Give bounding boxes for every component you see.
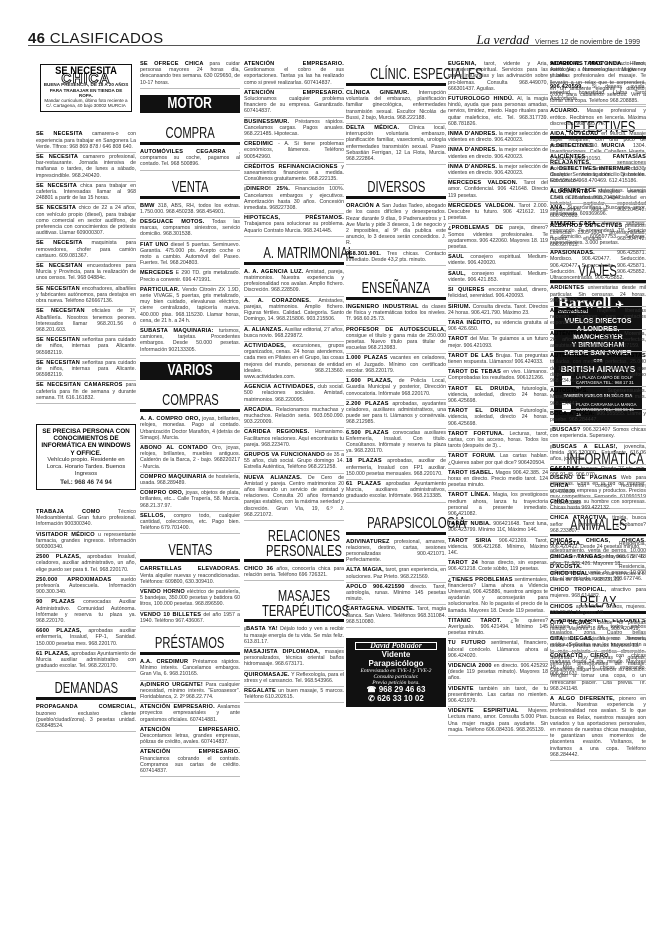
ad-headline: SE NECESITAN bbox=[36, 308, 85, 314]
ad-list-demandas: PROPAGANDA COMERCIAL, buzoneo exclusivo … bbox=[36, 703, 136, 732]
ad-body: buzoneo exclusivo cliente (pueblo/ciudad… bbox=[36, 711, 136, 729]
ad-headline: VENDO HORNO bbox=[140, 589, 185, 595]
ad-headline: CHICOS bbox=[550, 604, 573, 610]
classified-ad: ¿TIENES PROBLEMAS sentimentales, financi… bbox=[448, 576, 548, 617]
classified-ad: CHICA para su hombre con sorpresas. Chic… bbox=[550, 498, 646, 514]
ad-body: consigue el título y gana más de 250.000… bbox=[346, 333, 446, 351]
section-heading-clinicas: CLÍNIC. ESPECIALES bbox=[346, 60, 446, 86]
ad-headline: INMA D'ANDRES. bbox=[448, 164, 497, 170]
ad-headline: TAROT DE LAS bbox=[448, 353, 493, 359]
ad-headline: INMA D'ANDRES. bbox=[448, 147, 497, 153]
section-heading-text: DEMANDAS bbox=[54, 680, 117, 697]
boxed-ad-line: Mandar curriculum, último foto reciente … bbox=[43, 98, 129, 108]
ad-body: Supercariñosa. Buscamos amor, apasionado… bbox=[550, 205, 646, 217]
ad-headline: AUTÉNTICAS MASAJISTAS bbox=[550, 353, 646, 359]
ad-headline: BMW bbox=[140, 203, 155, 209]
ad-headline: TU FUTURO bbox=[448, 640, 486, 646]
ad-headline: ACUARIO. bbox=[550, 108, 579, 114]
ad-headline: ¡BUSCAS? bbox=[550, 427, 581, 433]
masthead: 46 CLASIFICADOS La verdad Viernes 12 de … bbox=[28, 30, 640, 46]
ad-headline: 6.500 PLAZAS bbox=[346, 430, 389, 436]
classified-ad: ACTIVIDADES, excursiones, grupos organiz… bbox=[244, 342, 344, 383]
boxed-ad-phone: Tel.: 968 46 74 94 bbox=[39, 480, 133, 486]
classified-ad: QUIROMASAJE. Y Reflexología, para el str… bbox=[244, 671, 344, 687]
classified-ad: VIDENTE también sin tarot, de tu present… bbox=[448, 685, 548, 708]
ad-headline: CRÉDITOS REFINANCIACIONES bbox=[244, 164, 338, 170]
ad-headline: INMA D'ANDRES. bbox=[448, 131, 497, 137]
classified-ad: SE NECESITA maquinista para removedores,… bbox=[36, 239, 136, 262]
ad-list-prestamos: A.A. CREDIMUR Préstamos rápidos. Mínimo … bbox=[140, 658, 240, 777]
ad-body: tituladas, con medidas perfectas, 25.000… bbox=[550, 359, 646, 384]
classified-ad: SE NECESITAN señoritas para cuidado de n… bbox=[36, 359, 136, 382]
classified-ad: ABONO AL CONTADO Oro, joyas, relojes, br… bbox=[140, 444, 240, 473]
classified-ad: ACARICIAS MAS'ONDA. Hemos vuelto. Ven a … bbox=[550, 60, 646, 107]
classified-ad: A. ALIANZAS. Auxiliar editorial, 27 años… bbox=[244, 326, 344, 342]
classified-ad: 968.301.901. Tres chicas. Contacto inmed… bbox=[346, 250, 446, 266]
ad-headline: CONTACTO CIFRO bbox=[550, 653, 609, 659]
ad-headline: 2.200 PLAZAS bbox=[346, 401, 389, 407]
classified-ad: ARDIENTES universitarias desde mil parti… bbox=[550, 284, 646, 307]
classified-ad: TAROT ISABEL. Magos 906.42.385. 24 horas… bbox=[448, 469, 548, 492]
ad-headline: ABONO AL CONTADO bbox=[140, 445, 208, 451]
classified-ad: 2500 PLAZAS, aprobadas Insalud, celadore… bbox=[36, 553, 136, 576]
ad-headline: SELLOS, bbox=[140, 513, 165, 519]
ad-headline: TITANIC TAROT. bbox=[448, 618, 501, 624]
ad-body: De Cero de Amistad y pareja. Centro matr… bbox=[244, 475, 344, 518]
ad-headline: CHICO TROPICAL, bbox=[550, 587, 606, 593]
classified-ad: CHICO IDEAL ofrece sus servicios a ti. L… bbox=[550, 570, 646, 586]
classified-ad: FUTUROLOGO HINDÚ. Al, la magia hindú, ay… bbox=[448, 95, 548, 130]
classified-ad: APOLO 906.421590 directo. Tarot, astrolo… bbox=[346, 583, 446, 606]
classified-ad: CITA CIEGAS, Mujeres. Jóvenes, desde 49 … bbox=[550, 635, 646, 651]
boxed-ad-title: SE NECESITA bbox=[49, 68, 122, 74]
classified-ad: SAUL, consejero espiritual. Medium-viden… bbox=[448, 270, 548, 286]
ad-list-matrimonial: A. A. AGENCIA LUZ. Amistad, pareja, matr… bbox=[244, 268, 344, 521]
classified-ad: TAROT 24 horas directo, sin esperas. 906… bbox=[448, 559, 548, 575]
ad-headline: GRUPOS VA FUNCIONANDO bbox=[244, 452, 325, 458]
classified-ad: TAROT SIRIA 906.421269. Tarot, videncia.… bbox=[448, 537, 548, 560]
ad-headline: MASAJISTA DIPLOMADA, bbox=[244, 649, 320, 655]
ad-headline: ATENCIÓN EMPRESARIO. bbox=[140, 704, 215, 710]
page-title: 46 CLASIFICADOS bbox=[28, 30, 163, 47]
section-banner-motor: MOTOR bbox=[140, 95, 240, 113]
classified-ad: ALTA MAGIA, tarot, gran experiencia, en … bbox=[346, 566, 446, 582]
ad-headline: 61 PLAZAS, bbox=[36, 651, 70, 657]
classified-ad: EUGENIA, tarot, vidente y Aria, curander… bbox=[448, 60, 548, 95]
section-heading-ensenanza: ENSEÑANZA bbox=[346, 266, 446, 300]
ad-body: excursiones, grupos organizados, cenas. … bbox=[244, 343, 344, 380]
boxed-ad-line: BUENA PRESENCIA, DE 18 A 20 AÑOS PARA TR… bbox=[43, 82, 129, 98]
ad-headline: ANA. bbox=[550, 205, 564, 211]
ad-headline: ¿PROBLEMAS DE bbox=[448, 225, 503, 231]
ad-list-relax-2: ACARICIAS MAS'ONDA. Hemos vuelto. Ven a … bbox=[550, 60, 646, 681]
ad-headline: APOLO 906.421590 bbox=[346, 584, 405, 590]
ad-headline: CREDIMIC bbox=[244, 141, 273, 147]
classified-ad: MERCEDES VALDEON. Tarot 2.000. Descubre … bbox=[448, 202, 548, 225]
column-1: SE NECESITA CHICA BUENA PRESENCIA, DE 18… bbox=[36, 60, 136, 732]
ad-headline: TAROT EL DRUIDA, bbox=[448, 386, 515, 392]
classified-ad: CARIDEA REGIONES. Humanismo. Facilitamos… bbox=[244, 428, 344, 451]
classified-ad: ¡BUSCAS? 906.321407 Somos chicas con exp… bbox=[550, 426, 646, 442]
classified-ad: CHICO 36 años, conocería chica para rela… bbox=[244, 565, 344, 581]
classified-ad: SI QUIERES encontrar salud, dinero, feli… bbox=[448, 286, 548, 302]
ad-headline: SE NECESITAN bbox=[36, 263, 82, 269]
ad-headline: TAROT DE TEBAS bbox=[448, 369, 501, 375]
ad-headline: CHICO 36 bbox=[244, 566, 273, 572]
classified-ad: VENDO HORNO eléctrico de pastelería, 5 b… bbox=[140, 588, 240, 611]
ad-headline: ¡BUSCAS A ELLAS!, bbox=[550, 444, 618, 450]
classified-ad: ATENCIÓN EMPRESARIO. Financiamos cobrand… bbox=[140, 748, 240, 777]
classified-ad: ATENCIÓN EMPRESARIO. Descontamos letras,… bbox=[140, 726, 240, 749]
classified-ad: SE NECESITAN encuestadores para Murcia y… bbox=[36, 262, 136, 285]
ad-headline: 250.000 APROXIMADAS bbox=[36, 577, 111, 583]
section-heading-ventas: VENTAS bbox=[140, 534, 240, 562]
classified-ad: MERCEDES VALDEON. Tarot del amor. Confid… bbox=[448, 179, 548, 202]
ad-headline: TARA INÉDITO, bbox=[448, 320, 492, 326]
ad-headline: ARCADIA. bbox=[244, 407, 273, 413]
ad-headline: COMPRO MAQUINARIA bbox=[140, 474, 207, 480]
section-heading-text: PRÉSTAMOS bbox=[155, 635, 224, 652]
classified-ad: 6.500 PLAZAS convocadas auxiliares Enfer… bbox=[346, 429, 446, 458]
ad-headline: VIDENCIA 2000 bbox=[448, 663, 492, 669]
ad-headline: ALUCINANTE! bbox=[550, 189, 590, 195]
classified-ad: TAROT LÍNEA. Magia, los prestigiosos med… bbox=[448, 491, 548, 520]
classified-ad: 250.000 APROXIMADAS sueldo profesor/a Au… bbox=[36, 576, 136, 599]
classified-ad: MASAJISTA DIPLOMADA, masajes personaliza… bbox=[244, 648, 344, 671]
ad-headline: AUTOSTOPS. bbox=[550, 388, 588, 394]
ad-headline: CHICO IDEAL bbox=[550, 571, 589, 577]
ad-headline: CHICA ATRACTIVA, bbox=[550, 515, 608, 521]
ad-body: Venta alquiler nuevas y reacondicionadas… bbox=[140, 573, 240, 585]
ad-headline: 61 PLAZAS bbox=[346, 481, 381, 487]
newspaper-name: La verdad bbox=[476, 32, 529, 47]
classified-ad: CARRETILLAS ELEVADORAS. Venta alquiler n… bbox=[140, 565, 240, 588]
boxed-ad-persona-informatica: SE PRECISA PERSONA CON CONOCIMIENTOS DE … bbox=[36, 424, 136, 490]
classified-ad: CLÍNICA GINEMUR. Interrupción voluntaria… bbox=[346, 89, 446, 124]
classified-ad: ATENCIÓN EMPRESARIO. Gestionamos el cobr… bbox=[244, 60, 344, 89]
ad-list-compra: AUTOMÓVILES CEGARRA , compramos su coche… bbox=[140, 148, 240, 171]
classified-ad: 90 PLAZAS convocadas Auxiliar Administra… bbox=[36, 598, 136, 627]
ad-headline: SE OFRECE CHICA bbox=[140, 61, 204, 67]
ad-headline: FUTUROLOGO HINDÚ. bbox=[448, 96, 514, 102]
ad-headline: BUSINESSMUR. bbox=[244, 119, 289, 125]
ad-headline: REGALATE bbox=[244, 688, 276, 694]
column-3: ATENCIÓN EMPRESARIO. Gestionamos el cobr… bbox=[244, 60, 344, 703]
ad-headline: SIRIUM. bbox=[448, 304, 471, 310]
classified-ad: CARTAGENA. VIDENTE. Tarot, magia blanca.… bbox=[346, 605, 446, 628]
ad-headline: AUTOMÓVILES CEGARRA bbox=[140, 149, 226, 155]
ad-headline: VIDENTE ESPIRITUAL bbox=[448, 708, 519, 714]
classified-ad: HIPOTECAS, PRÉSTAMOS. Trabajamos para so… bbox=[244, 214, 344, 237]
ad-headline: A.A. CREDIMUR bbox=[140, 659, 188, 665]
ad-headline: A ALGO DIFERENTE, bbox=[550, 696, 615, 702]
ad-headline: ADIVINATUREZ bbox=[346, 539, 390, 545]
ad-body: Financiamos cobrando el contrato. Compra… bbox=[140, 756, 240, 774]
classified-ad: SE NECESITA camarero profesional, bar-re… bbox=[36, 153, 136, 182]
classified-ad: 61 PLAZAS, aprobadas Ayuntamiento de Mur… bbox=[36, 650, 136, 673]
classified-ad: TRABAJA COMO Técnico Medioambiental. Gra… bbox=[36, 508, 136, 531]
classified-ad: COMPRO MAQUINARIA de hostelería, usada. … bbox=[140, 473, 240, 489]
classified-ad: VENDO 10 BILLETES del año 1957 a 1940. T… bbox=[140, 611, 240, 627]
ad-list-parapsicologia: ADIVINATUREZ profesional, amarres, relac… bbox=[346, 538, 446, 628]
classified-ad: TAROT EL DRUIDA, futurología, videncia, … bbox=[448, 385, 548, 408]
classified-ad: SE NECESITAN oficiales de 1ª, Albañilerí… bbox=[36, 307, 136, 336]
section-heading-prestamos: PRÉSTAMOS bbox=[140, 627, 240, 655]
ad-headline: 90 PLAZAS bbox=[36, 599, 75, 605]
ad-headline: A. ALIANZAS. bbox=[244, 327, 283, 333]
ad-body: Hemos vuelto. Ven a conocer a nuestras j… bbox=[550, 61, 646, 104]
classified-ad: MERCEDES E 290 TD. gris metalizado. Prec… bbox=[140, 269, 240, 285]
classified-ad: INMA D'ANDRES. la mejor selección de vid… bbox=[448, 146, 548, 162]
column-4: CLÍNIC. ESPECIALES CLÍNICA GINEMUR. Inte… bbox=[346, 60, 446, 717]
classified-ad: ADIVINATUREZ profesional, amarres, relac… bbox=[346, 538, 446, 567]
ad-headline: A¡DINERO URGENTE! bbox=[140, 682, 203, 688]
ad-body: Gestionamos el cobro de sus exportacione… bbox=[244, 67, 344, 85]
ad-body: Clínica local, interrupción voluntaria e… bbox=[346, 125, 446, 162]
ad-body: pionero en Murcia. Nuestras experiencia … bbox=[550, 696, 646, 758]
ad-headline: TAROT FORTUNA. bbox=[448, 431, 504, 437]
ad-list-videncia: EUGENIA, tarot, vidente y Aria, curander… bbox=[448, 60, 548, 736]
ad-headline: TAROT 24 bbox=[448, 560, 478, 566]
classified-ad: A¡DINERO URGENTE! Para cualquier necesid… bbox=[140, 681, 240, 704]
classified-ad: SE NECESITA camarera-o con experiencia p… bbox=[36, 130, 136, 153]
ad-headline: TRABAJA COMO bbox=[36, 509, 100, 515]
classified-columns: SE NECESITA CHICA BUENA PRESENCIA, DE 18… bbox=[36, 60, 642, 932]
classified-ad: PARTICULAR. Vendo Citroën ZX 1.9D, serie… bbox=[140, 286, 240, 327]
classified-ad: TAROT DE LAS Brujas. Tus preguntas tiene… bbox=[448, 352, 548, 368]
ad-body: Descontamos letras, grandes empresas, pó… bbox=[140, 733, 240, 745]
section-heading-text: COMPRAS bbox=[162, 392, 219, 409]
ad-headline: BOCA A BOCA. bbox=[550, 411, 595, 417]
ad-headline: ATENCIÓN EMPRESARIO. bbox=[244, 90, 344, 96]
ad-list-financiacion: ATENCIÓN EMPRESARIO. Gestionamos el cobr… bbox=[244, 60, 344, 237]
section-heading-matrimonial: A. MATRIMONIAL bbox=[244, 237, 344, 265]
classified-ad: ¿PROBLEMAS DE pareja, dinero? Somos vide… bbox=[448, 224, 548, 253]
ad-headline: ALTA MAGIA, bbox=[346, 567, 384, 573]
classified-ad: SE OFRECE CHICA para cuidar personas may… bbox=[140, 60, 240, 89]
classified-ad: CRÉDITOS REFINANCIACIONES y saneamientos… bbox=[244, 163, 344, 186]
ad-list-relaciones: CHICO 36 años, conocería chica para rela… bbox=[244, 565, 344, 581]
ad-headline: 1.000 PLAZAS bbox=[346, 355, 388, 361]
masthead-right: La verdad Viernes 12 de noviembre de 199… bbox=[476, 32, 640, 48]
ad-headline: CARIDEA REGIONES. bbox=[244, 429, 309, 435]
section-heading-text: A. MATRIMONIAL bbox=[263, 245, 354, 262]
section-heading-text: DIVERSOS bbox=[367, 179, 425, 196]
boxed-ad-title: SE PRECISA PERSONA CON CONOCIMIENTOS DE … bbox=[39, 428, 133, 457]
classified-ad: SE NECESITAN CAMAREROS para cafetería pa… bbox=[36, 381, 136, 404]
ad-headline: CASADAS bbox=[550, 466, 579, 472]
ad-headline: ¡BASTA YA! bbox=[244, 626, 278, 632]
section-banner-text: VARIOS bbox=[167, 368, 212, 374]
classified-ad: ¡BASTA YA! Déjalo todo y ven a recibir t… bbox=[244, 625, 344, 648]
ad-headline: CARRETILLAS ELEVADORAS. bbox=[140, 566, 240, 572]
ad-body: San Judas Tadeo, abogado de los casos di… bbox=[346, 203, 446, 246]
classified-ad: A. A. AGENCIA LUZ. Amistad, pareja, matr… bbox=[244, 268, 344, 297]
advertiser-role: Parapsicólogo bbox=[349, 660, 443, 669]
ad-headline: DELTA MÉDICA. bbox=[346, 125, 399, 131]
classified-ad: SE NECESITAN encofradores, albañiles y f… bbox=[36, 285, 136, 308]
classified-ad: SE NECESITA chica para trabajar en cafet… bbox=[36, 182, 136, 205]
ad-headline: A. A. AGENCIA LUZ. bbox=[244, 269, 304, 275]
classified-ad: SAUL consejero espiritual. Medium-vident… bbox=[448, 253, 548, 269]
classified-ad: 1.600 PLAZAS, de Policía Local, Guardia … bbox=[346, 377, 446, 400]
ad-headline: CHICAS, CHICAS, CHICAS. bbox=[550, 538, 646, 544]
column-5: EUGENIA, tarot, vidente y Aria, curander… bbox=[448, 60, 548, 736]
classified-ad: AUTOMÓVILES CEGARRA , compramos su coche… bbox=[140, 148, 240, 171]
classified-ad: CHICOS apetecibles. Chicos, mujeres. 906… bbox=[550, 603, 646, 619]
ad-headline: SE NECESITA bbox=[36, 205, 76, 211]
classified-ad: TITANIC TAROT. ¿Te quieres? Averígualo. … bbox=[448, 617, 548, 640]
ad-headline: TAROT ISABEL. bbox=[448, 470, 494, 476]
section-heading-diversos: DIVERSOS bbox=[346, 165, 446, 199]
ad-body: 906.420422. Desde 24 pesetas minuto. bbox=[550, 544, 641, 550]
ad-headline: ¡DINERO! 25%. bbox=[244, 186, 290, 192]
ad-headline: SE NECESITA bbox=[36, 131, 83, 137]
section-heading-text: COMPRA bbox=[165, 125, 214, 142]
phone-line: ✆ 626 33 10 02 bbox=[349, 695, 443, 704]
classified-ad: ASOCIACIÓN mujeres liberadas necesita ho… bbox=[550, 307, 646, 330]
mobile-icon: ✆ bbox=[368, 694, 377, 703]
ad-list-ofertas: SE OFRECE CHICA para cuidar personas may… bbox=[140, 60, 240, 89]
section-banner-text: MOTOR bbox=[168, 101, 212, 107]
ad-headline: INGENIERO INDUSTRIAL bbox=[346, 304, 419, 310]
ad-body: Trabajamos para solucionar su problema. … bbox=[244, 221, 344, 233]
classified-ad: CHICA ATRACTIVA, tímida, busca señor gen… bbox=[550, 514, 646, 537]
ad-headline: ¿TIENES PROBLEMAS bbox=[448, 577, 513, 583]
ad-list-compras: A. A. COMPRO ORO, joyas, brillantes, rel… bbox=[140, 415, 240, 534]
ad-body: Solucionamos cualquier problema financie… bbox=[244, 96, 344, 114]
ad-headline: SE NECESITAN bbox=[36, 360, 80, 366]
section-heading-demandas: DEMANDAS bbox=[36, 672, 136, 700]
ad-headline: PROPAGANDA COMERCIAL, bbox=[36, 704, 136, 710]
ad-list-masajes: ¡BASTA YA! Déjalo todo y ven a recibir t… bbox=[244, 625, 344, 703]
column-7: ACARICIAS MAS'ONDA. Hemos vuelto. Ven a … bbox=[550, 60, 646, 681]
ad-list-empleo-2: TRABAJA COMO Técnico Medioambiental. Gra… bbox=[36, 508, 136, 672]
classified-ad: TAROT FORUM. Las cartas hablan. ¿Quieres… bbox=[448, 452, 548, 468]
ad-headline: CARTAGENA. VIDENTE. bbox=[346, 606, 415, 612]
classified-ad: PROPAGANDA COMERCIAL, buzoneo exclusivo … bbox=[36, 703, 136, 732]
ad-headline: TAROT bbox=[448, 336, 468, 342]
classified-ad: 2.200 PLAZAS aprobadas, ayudantes celado… bbox=[346, 400, 446, 429]
ad-headline: AIDA, NOVEDAD bbox=[550, 131, 599, 137]
classified-ad: TU FUTURO sentimental, financiero, labor… bbox=[448, 639, 548, 662]
boxed-ad-se-necesita-chica: SE NECESITA CHICA BUENA PRESENCIA, DE 18… bbox=[40, 64, 132, 112]
ad-list-diversos: ORACIÓN A San Judas Tadeo, abogado de lo… bbox=[346, 202, 446, 266]
section-heading-text: MASAJES TERAPÉUTICOS bbox=[262, 589, 346, 619]
advertiser-name: David Poblador bbox=[355, 642, 437, 650]
phone-number: 626 33 10 02 bbox=[377, 694, 424, 703]
classified-ad: CHICO TROPICAL, atractivo para mujeres. … bbox=[550, 586, 646, 602]
ad-headline: AUTÉNTICA MASAJISTA. bbox=[550, 331, 622, 337]
ad-headline: SAUL bbox=[448, 254, 464, 260]
classified-ad: ALICIENTES FANTASÍAS RELAJANTES, sensaci… bbox=[550, 153, 646, 188]
classified-ad: A. A. CORAZONES. Amistades, parejas, mat… bbox=[244, 297, 344, 326]
ad-headline: MERCEDES bbox=[140, 270, 173, 276]
ad-headline: SAUL, bbox=[448, 271, 466, 277]
classified-ad: AMASDE CASA, alumnas, señoras, esperando… bbox=[550, 220, 646, 249]
boxed-ad-body: Vehículo propio. Residente en Lorca. Hor… bbox=[39, 457, 133, 478]
ad-headline: CHICAS TANGAS bbox=[550, 554, 602, 560]
section-heading-compras: COMPRAS bbox=[140, 384, 240, 412]
classified-ad: CHICAS, CHICAS, CHICAS. 906.420422. Desd… bbox=[550, 537, 646, 553]
ad-headline: ARDIENTES bbox=[550, 285, 584, 291]
ad-headline: PROFESOR DE AUTOESCUELA, bbox=[346, 327, 446, 333]
classified-ad: AIDA, NOVEDAD en Murcia. Masaje super re… bbox=[550, 130, 646, 153]
section-heading-parapsicologia: PARAPSICOLOGÍA bbox=[346, 503, 446, 535]
classified-ad: ALUCINANTE! Masajista oriental. Chica de… bbox=[550, 188, 646, 204]
ad-headline: 6600 PLAZAS, bbox=[36, 628, 82, 634]
ad-headline: TAROT FORUM. bbox=[448, 453, 496, 459]
classified-ad: VIDENTE ESPIRITUAL Mujeres. Lectura mano… bbox=[448, 707, 548, 736]
ad-headline: TAROT SIRIA bbox=[448, 538, 491, 544]
ad-headline: SI QUIERES bbox=[448, 287, 485, 293]
classified-ad: CASADAS buscan. Desde 27 pts. min. 906 9… bbox=[550, 465, 646, 481]
classified-ad: SUBASTA MAQUINARIA: turismos, camiones, … bbox=[140, 327, 240, 356]
classified-ad: ORACIÓN A San Judas Tadeo, abogado de lo… bbox=[346, 202, 446, 249]
ad-headline: PARTICULAR. bbox=[140, 287, 180, 293]
classified-ad: CITA CIEGAS. Desde 49 pesetas minuto. Ma… bbox=[550, 619, 646, 635]
classified-ad: SIRIUM. Consulta directa. Tarot. Directo… bbox=[448, 303, 548, 319]
ad-headline: CHICA bbox=[550, 499, 569, 505]
classified-ad: SE NECESITAN señoritas para cuidado de n… bbox=[36, 336, 136, 359]
ad-list-ensenanza: INGENIERO INDUSTRIAL da clases de física… bbox=[346, 303, 446, 502]
classified-ad: ATENCIÓN EMPRESARIO. Solucionamos cualqu… bbox=[244, 89, 344, 118]
display-ad-david-poblador: David Poblador Vidente Parapsicólogo Ent… bbox=[346, 638, 446, 707]
classified-ad: GRUPOS VA FUNCIONANDO de 35 a 55 años, c… bbox=[244, 451, 344, 474]
ad-headline: SE NECESITA bbox=[36, 240, 83, 246]
classified-ad: A. A. COMPRO ORO, joyas, brillantes, rel… bbox=[140, 415, 240, 444]
ad-headline: QUIROMASAJE. bbox=[244, 672, 290, 678]
classified-ad: DELTA MÉDICA. Clínica local, interrupció… bbox=[346, 124, 446, 165]
classified-ad: TARA INÉDITO, su videncia gratuita al 90… bbox=[448, 319, 548, 335]
ad-headline: SE NECESITA bbox=[36, 183, 77, 189]
ad-headline: HIPOTECAS, PRÉSTAMOS. bbox=[244, 215, 344, 221]
ad-headline: ORACIÓN A bbox=[346, 203, 380, 209]
classified-ad: REGALATE un buen masaje, 5 marcos. Teléf… bbox=[244, 687, 344, 703]
ad-body: 318, ABS, RH, todos los extras. 1.750.00… bbox=[140, 203, 240, 215]
classified-ad: AUTÉNTICAS MASAJISTAS tituladas, con med… bbox=[550, 352, 646, 387]
ad-headline: TAROT LÍNEA. bbox=[448, 492, 490, 498]
classified-ad: AGENCIA ACTIVIDADES, club social. 500 re… bbox=[244, 383, 344, 406]
classified-ad: ¡DINERO! 25%. Financiación 100%. Cancela… bbox=[244, 185, 344, 214]
classified-ad: CHICA con contigo recurrente, 90.420800. bbox=[550, 482, 646, 498]
ad-headline: CLÍNICA GINEMUR. bbox=[346, 90, 409, 96]
issue-date: Viernes 12 de noviembre de 1999 bbox=[535, 39, 640, 46]
section-heading-text: VENTAS bbox=[168, 542, 212, 559]
ad-headline: ATENCIÓN EMPRESARIO. bbox=[244, 61, 344, 67]
ad-body: Vendo Citroën ZX 1.9D, serie VIVAGE, 5 p… bbox=[140, 287, 240, 324]
ad-headline: TAROT EL DRUIDA bbox=[448, 408, 513, 414]
section-heading-relaciones: RELACIONES PERSONALES bbox=[244, 521, 344, 562]
ad-headline: EUGENIA, bbox=[448, 61, 477, 67]
ad-headline: A. A. COMPRO ORO, bbox=[140, 416, 200, 422]
section-heading-venta: VENTA bbox=[140, 171, 240, 199]
ad-headline: ATENCIÓN EMPRESARIO. bbox=[140, 749, 240, 755]
classified-ad: TAROT EL DRUIDA Futurología, videncia, s… bbox=[448, 407, 548, 430]
classified-ad: 1.000 PLAZAS vacantes en celadores, en e… bbox=[346, 354, 446, 377]
section-name: CLASIFICADOS bbox=[50, 30, 164, 47]
ad-headline: MERCEDES VALDEON. bbox=[448, 180, 518, 186]
classified-ad: ATENCIÓN EMPRESARIO. Avalamos proyectos … bbox=[140, 703, 240, 726]
section-heading-text: ENSEÑANZA bbox=[362, 280, 430, 297]
ad-headline: 2500 PLAZAS, bbox=[36, 554, 81, 560]
ad-headline: VIDENTE bbox=[448, 686, 474, 692]
ad-headline: CHICA bbox=[550, 483, 569, 489]
classified-ad: INMA D'ANDRES. la mejor selección de vid… bbox=[448, 130, 548, 146]
ad-headline: CITA CIEGAS, bbox=[550, 636, 594, 642]
classified-ad: VIDENCIA 2000 en directo. 906.425292 (de… bbox=[448, 662, 548, 685]
ad-headline: AMASDE CASA, bbox=[550, 221, 598, 227]
